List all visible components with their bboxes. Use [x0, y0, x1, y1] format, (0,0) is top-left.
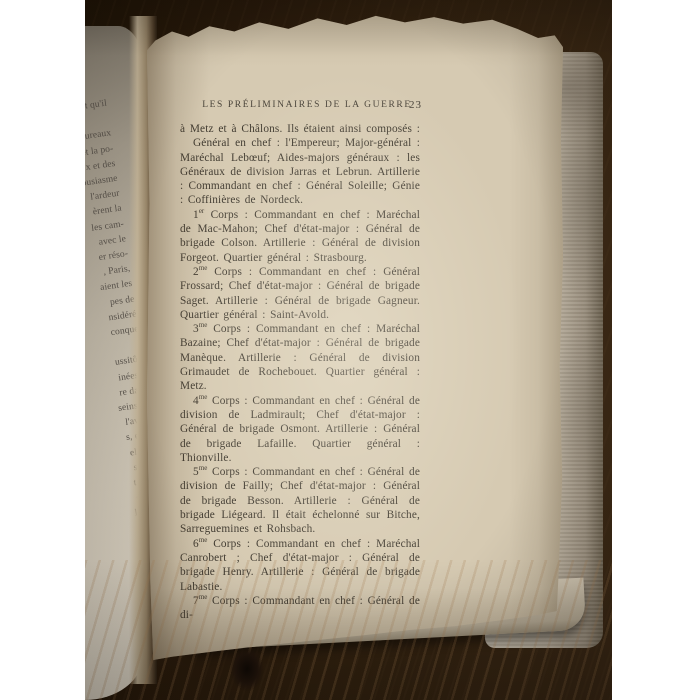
running-header: LES PRÉLIMINAIRES DE LA GUERRE 23 [180, 100, 420, 110]
paragraph: 4me Corps : Commandant en chef : Général… [180, 394, 420, 465]
paragraph: 5me Corps : Commandant en chef : Général… [180, 465, 420, 536]
paragraph: 3me Corps : Commandant en chef : Marécha… [180, 322, 420, 393]
paragraph: Général en chef : l'Empereur; Major-géné… [180, 136, 420, 207]
wood-knot [225, 640, 269, 698]
paragraph: à Metz et à Châlons. Ils étaient ainsi c… [180, 122, 420, 136]
page-number: 23 [409, 99, 422, 111]
book-photo: ent qu'il bureauxet la po-x et desousias… [0, 0, 700, 700]
wood-grain-bottom [85, 560, 612, 700]
body-text: à Metz et à Châlons. Ils étaient ainsi c… [180, 122, 420, 622]
paragraph: 2me Corps : Commandant en chef : Général… [180, 265, 420, 322]
header-title: LES PRÉLIMINAIRES DE LA GUERRE [202, 100, 412, 110]
wood-table: ent qu'il bureauxet la po-x et desousias… [85, 0, 612, 700]
paragraph: 1er Corps : Commandant en chef : Marécha… [180, 208, 420, 265]
